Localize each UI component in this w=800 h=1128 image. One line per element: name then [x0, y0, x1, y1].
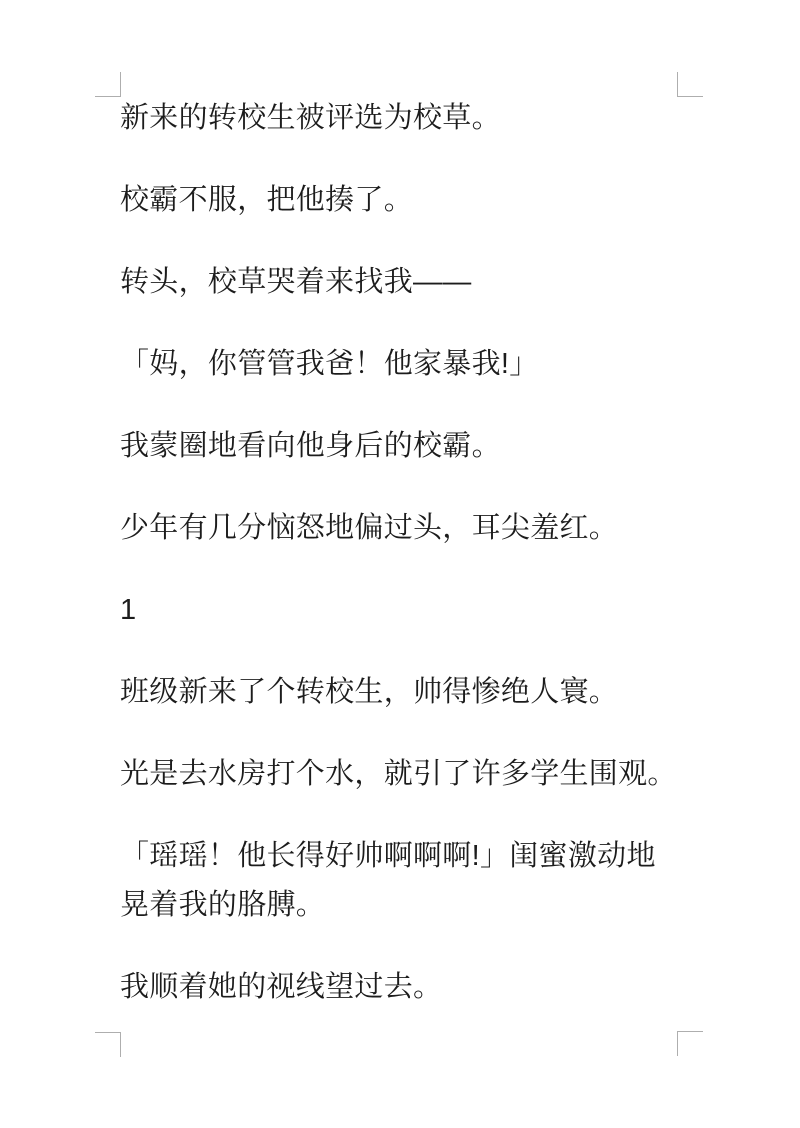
paragraph: 「瑶瑶！他长得好帅啊啊啊!」闺蜜激动地晃着我的胳膊。 — [120, 832, 678, 930]
paragraph: 光是去水房打个水，就引了许多学生围观。 — [120, 750, 678, 799]
page-margin-mark-top-left — [95, 72, 121, 97]
paragraph: 班级新来了个转校生，帅得惨绝人寰。 — [120, 668, 678, 717]
paragraph: 新来的转校生被评选为校草。 — [120, 94, 678, 143]
paragraph: 转头，校草哭着来找我—— — [120, 258, 678, 307]
paragraph: 「妈，你管管我爸！他家暴我!」 — [120, 340, 678, 389]
page-margin-mark-top-right — [677, 72, 703, 97]
document-page: 新来的转校生被评选为校草。 校霸不服，把他揍了。 转头，校草哭着来找我—— 「妈… — [0, 0, 800, 1128]
page-margin-mark-bottom-right — [677, 1031, 703, 1056]
page-margin-mark-bottom-left — [95, 1032, 121, 1057]
document-text-block: 新来的转校生被评选为校草。 校霸不服，把他揍了。 转头，校草哭着来找我—— 「妈… — [120, 94, 678, 1012]
paragraph: 我蒙圈地看向他身后的校霸。 — [120, 422, 678, 471]
paragraph: 校霸不服，把他揍了。 — [120, 176, 678, 225]
paragraph: 我顺着她的视线望过去。 — [120, 963, 678, 1012]
section-number: 1 — [120, 586, 678, 635]
paragraph: 少年有几分恼怒地偏过头，耳尖羞红。 — [120, 504, 678, 553]
